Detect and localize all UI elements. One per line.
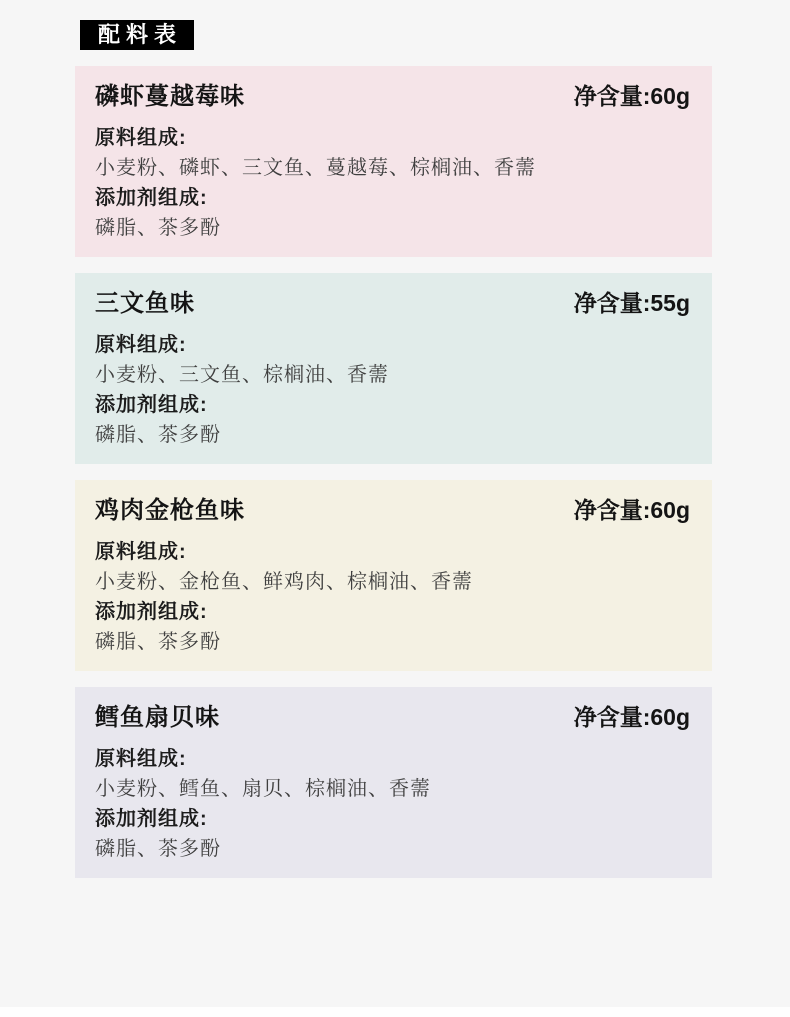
bottom-divider [0,1007,790,1017]
flavor-card-chicken-tuna: 鸡肉金枪鱼味 净含量:60g 原料组成: 小麦粉、金枪鱼、鲜鸡肉、棕榈油、香薷 … [75,480,712,671]
card-header: 鸡肉金枪鱼味 净含量:60g [95,495,690,526]
flavor-title: 鳕鱼扇贝味 [95,703,220,733]
ingredients-label: 原料组成: [95,744,690,774]
card-header: 三文鱼味 净含量:55g [95,288,690,319]
ingredients-text: 小麦粉、磷虾、三文鱼、蔓越莓、棕榈油、香薷 [95,153,690,183]
flavor-title: 磷虾蔓越莓味 [95,82,245,112]
ingredients-text: 小麦粉、三文鱼、棕榈油、香薷 [95,360,690,390]
flavor-card-cod-scallop: 鳕鱼扇贝味 净含量:60g 原料组成: 小麦粉、鳕鱼、扇贝、棕榈油、香薷 添加剂… [75,687,712,878]
flavor-card-salmon: 三文鱼味 净含量:55g 原料组成: 小麦粉、三文鱼、棕榈油、香薷 添加剂组成:… [75,273,712,464]
ingredients-page: 配料表 磷虾蔓越莓味 净含量:60g 原料组成: 小麦粉、磷虾、三文鱼、蔓越莓、… [0,0,790,1017]
card-header: 鳕鱼扇贝味 净含量:60g [95,702,690,733]
additives-text: 磷脂、茶多酚 [95,213,690,243]
additives-label: 添加剂组成: [95,597,690,627]
flavor-title: 三文鱼味 [95,289,195,319]
flavor-card-krill-cranberry: 磷虾蔓越莓味 净含量:60g 原料组成: 小麦粉、磷虾、三文鱼、蔓越莓、棕榈油、… [75,66,712,257]
ingredients-text: 小麦粉、鳕鱼、扇贝、棕榈油、香薷 [95,774,690,804]
ingredients-label: 原料组成: [95,123,690,153]
net-weight: 净含量:60g [574,495,690,525]
net-weight: 净含量:60g [574,702,690,732]
additives-text: 磷脂、茶多酚 [95,627,690,657]
additives-text: 磷脂、茶多酚 [95,834,690,864]
additives-text: 磷脂、茶多酚 [95,420,690,450]
net-weight: 净含量:55g [574,288,690,318]
ingredients-label: 原料组成: [95,330,690,360]
additives-label: 添加剂组成: [95,390,690,420]
flavor-card-list: 磷虾蔓越莓味 净含量:60g 原料组成: 小麦粉、磷虾、三文鱼、蔓越莓、棕榈油、… [75,66,712,878]
additives-label: 添加剂组成: [95,183,690,213]
additives-label: 添加剂组成: [95,804,690,834]
net-weight: 净含量:60g [574,81,690,111]
ingredients-text: 小麦粉、金枪鱼、鲜鸡肉、棕榈油、香薷 [95,567,690,597]
ingredients-label: 原料组成: [95,537,690,567]
section-title-badge: 配料表 [80,20,194,50]
flavor-title: 鸡肉金枪鱼味 [95,496,245,526]
card-header: 磷虾蔓越莓味 净含量:60g [95,81,690,112]
